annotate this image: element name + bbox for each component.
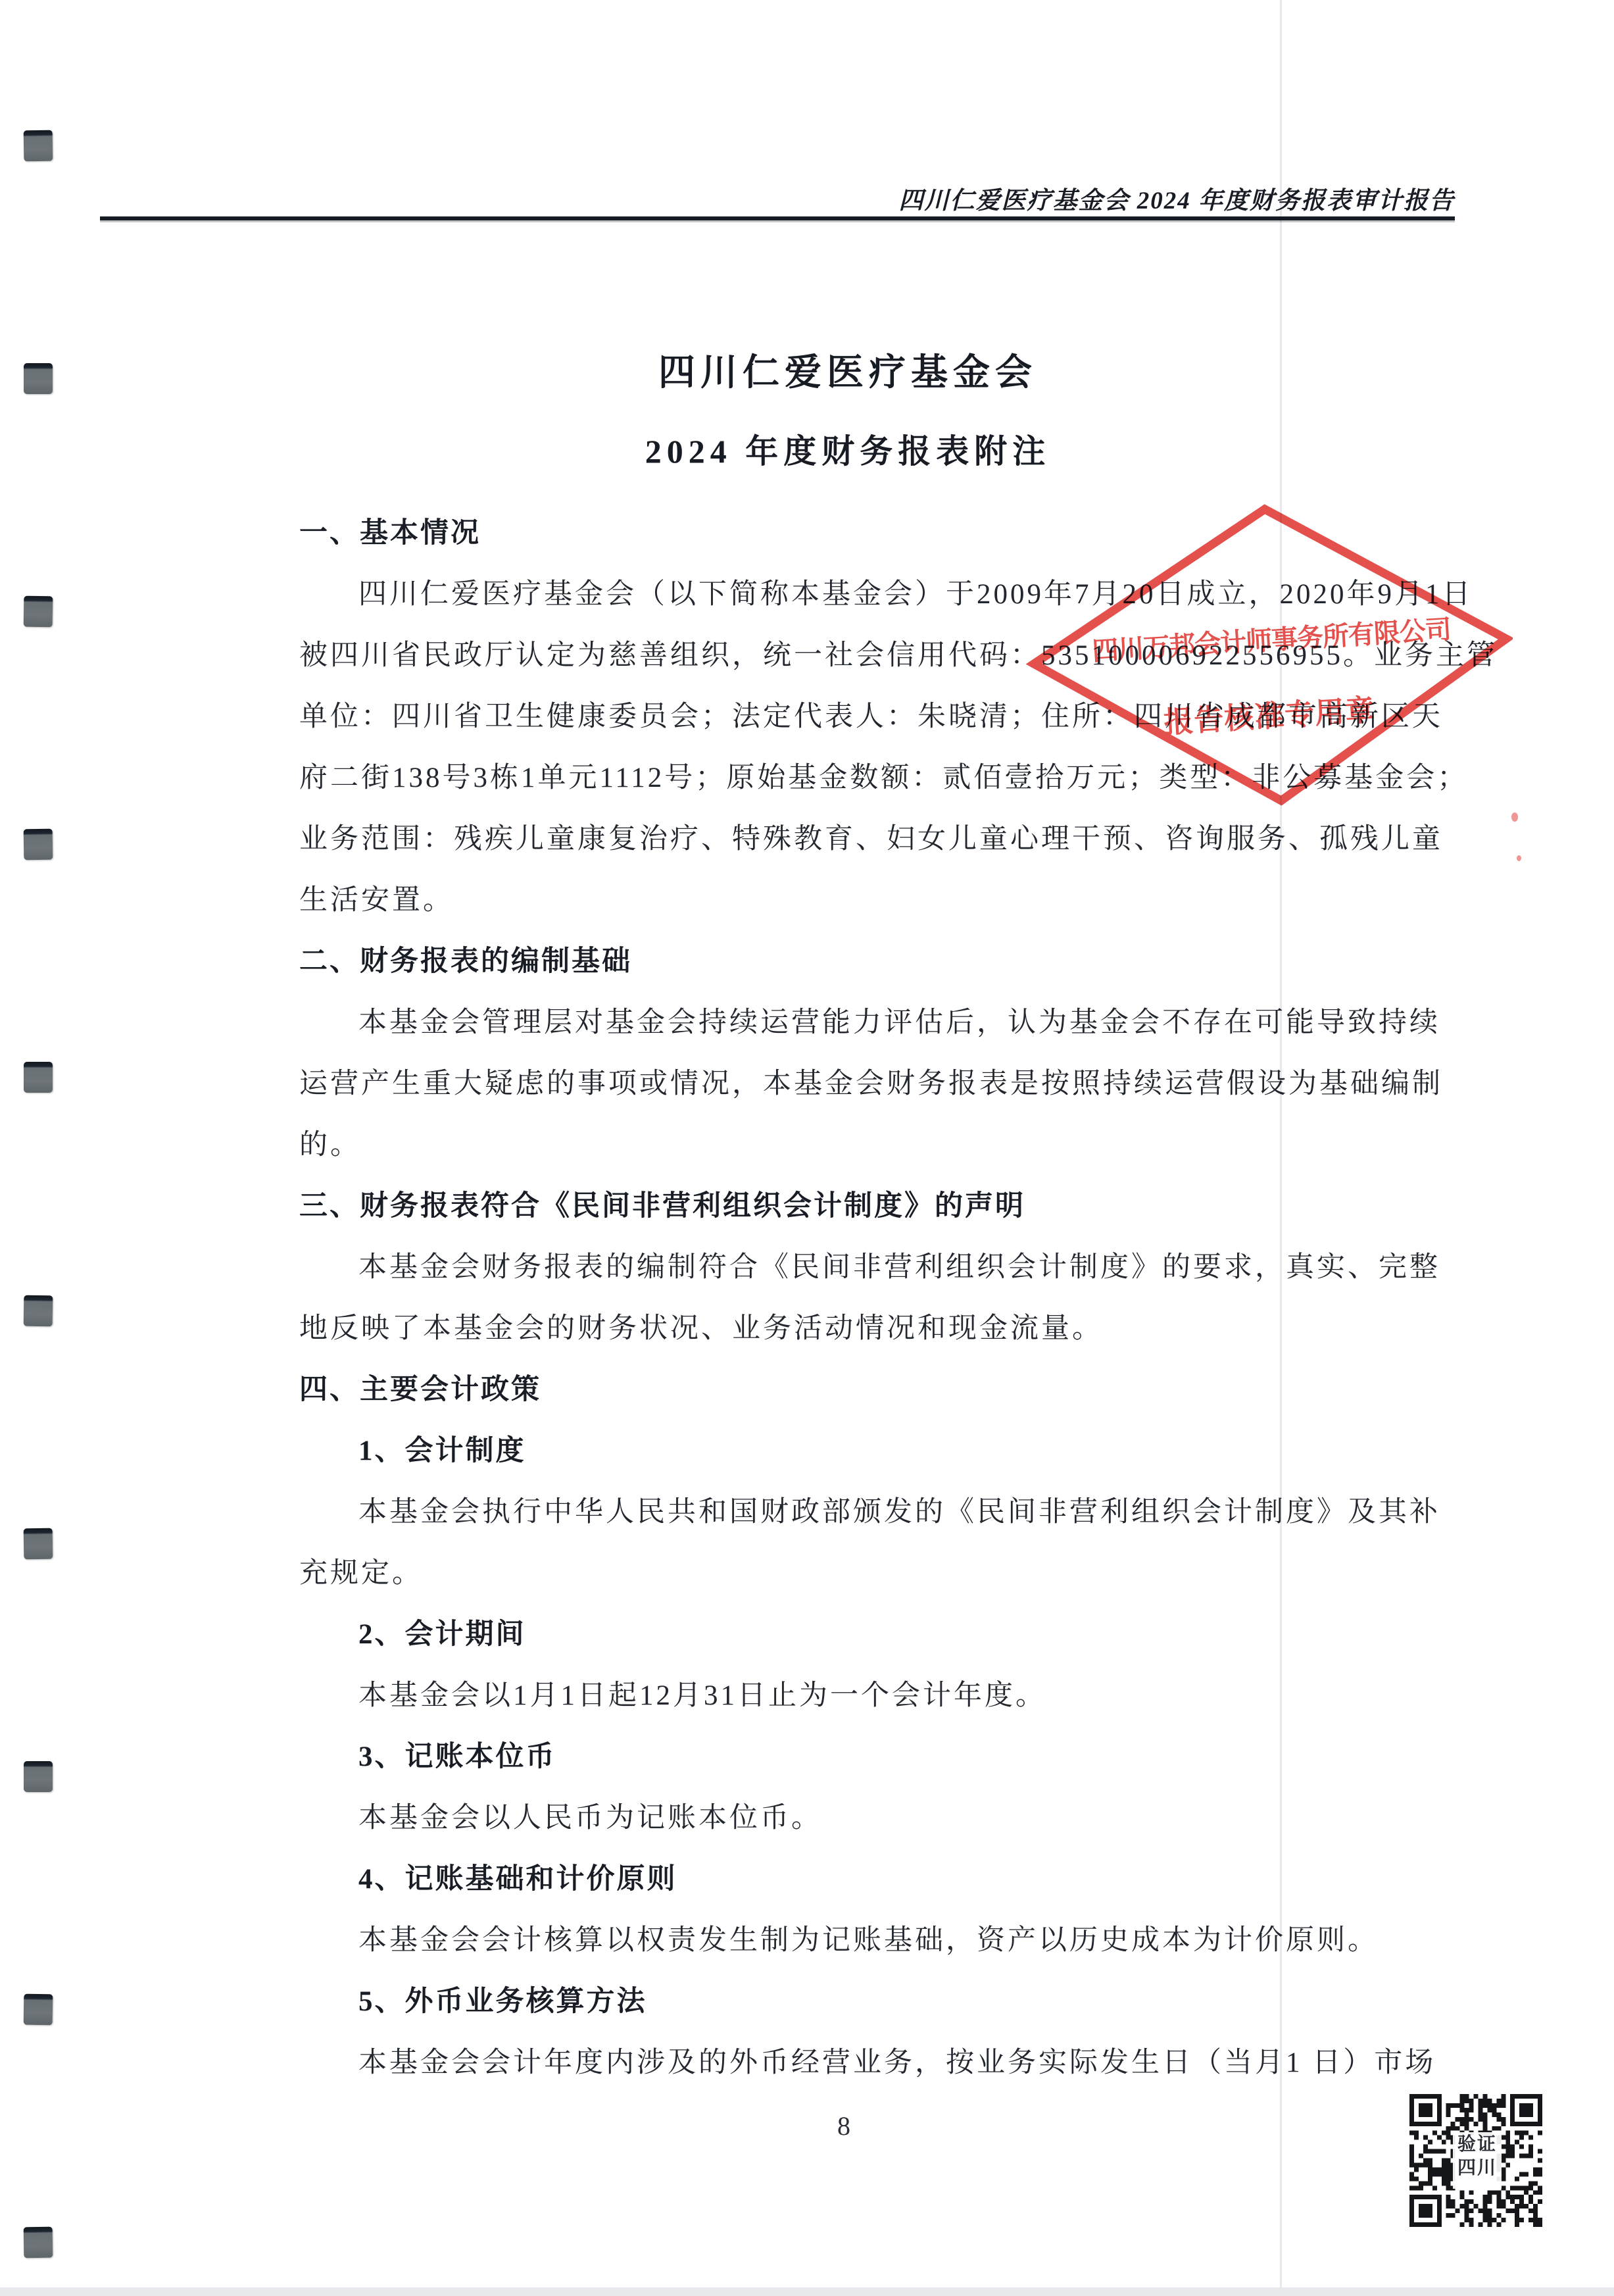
text-line: 本基金会管理层对基金会持续运营能力评估后，认为基金会不存在可能导致持续 bbox=[299, 1006, 1477, 1067]
binding-mark bbox=[24, 596, 53, 628]
binding-mark bbox=[24, 829, 53, 861]
text-line: 的。 bbox=[299, 1128, 1477, 1189]
scan-bottom-shadow bbox=[0, 2287, 1614, 2296]
text-line: 运营产生重大疑虑的事项或情况，本基金会财务报表是按照持续运营假设为基础编制 bbox=[299, 1067, 1477, 1128]
qr-center-label: 验证 四川 bbox=[1453, 2132, 1502, 2189]
stamp: 四川万邦会计师事务所有限公司 报告核准专用章 bbox=[1026, 501, 1513, 811]
text-line: 3、记账本位币 bbox=[299, 1740, 1477, 1801]
header-rule bbox=[100, 216, 1455, 220]
text-line: 本基金会财务报表的编制符合《民间非营利组织会计制度》的要求，真实、完整 bbox=[299, 1251, 1477, 1312]
page-number: 8 bbox=[818, 2110, 870, 2141]
page-title: 四川仁爱医疗基金会 bbox=[269, 343, 1427, 396]
text-line: 二、财务报表的编制基础 bbox=[299, 945, 1477, 1006]
text-line: 1、会计制度 bbox=[299, 1434, 1477, 1495]
binding-mark bbox=[24, 1761, 53, 1792]
stamp-ink-speck bbox=[1511, 812, 1518, 822]
text-line: 5、外币业务核算方法 bbox=[299, 1985, 1477, 2046]
text-line: 4、记账基础和计价原则 bbox=[299, 1862, 1477, 1924]
qr-label-line2: 四川 bbox=[1453, 2156, 1502, 2180]
text-line: 生活安置。 bbox=[299, 884, 1477, 945]
stamp-ink-speck bbox=[1517, 855, 1521, 861]
page: 四川仁爱医疗基金会 2024 年度财务报表审计报告 四川仁爱医疗基金会 2024… bbox=[0, 0, 1614, 2296]
running-header: 四川仁爱医疗基金会 2024 年度财务报表审计报告 bbox=[299, 180, 1455, 216]
binding-mark bbox=[24, 363, 53, 394]
text-line: 三、财务报表符合《民间非营利组织会计制度》的声明 bbox=[299, 1189, 1477, 1251]
text-line: 本基金会会计核算以权责发生制为记账基础，资产以历史成本为计价原则。 bbox=[299, 1924, 1477, 1985]
binding-mark bbox=[24, 1295, 53, 1327]
text-line: 四、主要会计政策 bbox=[299, 1373, 1477, 1434]
qr-code: 验证 四川 bbox=[1409, 2094, 1542, 2227]
text-line: 本基金会执行中华人民共和国财政部颁发的《民间非营利组织会计制度》及其补 bbox=[299, 1495, 1477, 1557]
page-subtitle: 2024 年度财务报表附注 bbox=[269, 425, 1427, 472]
text-line: 业务范围：残疾儿童康复治疗、特殊教育、妇女儿童心理干预、咨询服务、孤残儿童 bbox=[299, 822, 1477, 884]
text-line: 充规定。 bbox=[299, 1557, 1477, 1618]
qr-label-line1: 验证 bbox=[1453, 2132, 1502, 2156]
text-line: 2、会计期间 bbox=[299, 1618, 1477, 1679]
binding-mark bbox=[24, 1528, 53, 1560]
binding-mark bbox=[24, 130, 53, 162]
text-line: 本基金会以人民币为记账本位币。 bbox=[299, 1801, 1477, 1862]
text-line: 本基金会以1月1日起12月31日止为一个会计年度。 bbox=[299, 1679, 1477, 1740]
binding-mark bbox=[24, 2227, 53, 2259]
text-line: 地反映了本基金会的财务状况、业务活动情况和现金流量。 bbox=[299, 1312, 1477, 1373]
binding-mark bbox=[24, 1062, 53, 1093]
text-line: 本基金会会计年度内涉及的外币经营业务，按业务实际发生日（当月1 日）市场 bbox=[299, 2046, 1477, 2107]
binding-mark bbox=[24, 1994, 53, 2026]
